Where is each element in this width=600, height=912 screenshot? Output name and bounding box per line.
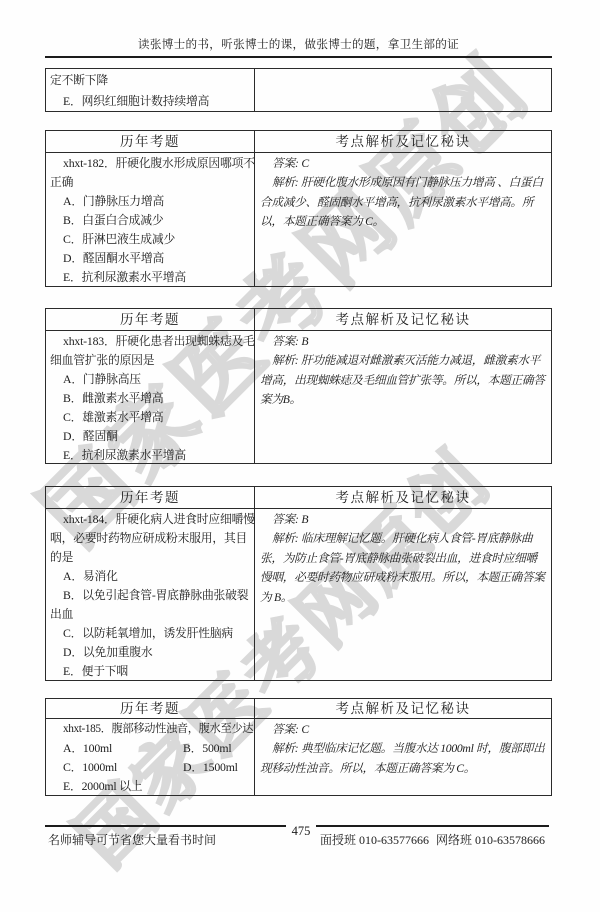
header-slogan: 读张博士的书，听张博士的课，做张博士的题，拿卫生部的证 (45, 36, 552, 52)
answer-line: 答案: B (260, 332, 546, 351)
option-row-ab: A．100mlB．500ml (50, 739, 254, 758)
column-header-question: 历年考题 (46, 487, 254, 509)
option-a: A．易消化 (50, 567, 254, 586)
column-header-analysis: 考点解析及记忆秘诀 (254, 309, 551, 331)
footer-phone-online: 网络班 010-63578666 (436, 831, 545, 848)
column-header-question: 历年考题 (46, 131, 254, 153)
option-e: E．抗利尿激素水平增高 (50, 268, 254, 286)
analysis-cell-184: 答案: B 解析: 临床理解记忆题。肝硬化病人食管-胃底静脉曲张，为防止食管-胃… (254, 509, 551, 680)
question-line: 正确 (50, 173, 254, 192)
option-c: C．以防耗氧增加，诱发肝性脑病 (50, 624, 254, 643)
question-cell-184: xhxt-184．肝硬化病人进食时应细嚼慢 咽，必要时药物应研成粉末服用，其目 … (46, 509, 254, 680)
option-b: B．白蛋白合成减少 (50, 211, 254, 230)
continuation-question-cell: 定不断下降 E．网织红细胞计数持续增高 (46, 69, 254, 111)
option-d: D．醛固酮水平增高 (50, 249, 254, 268)
column-header-question: 历年考题 (46, 309, 254, 331)
question-line: 的是 (50, 548, 254, 567)
analysis-text: 解析: 临床理解记忆题。肝硬化病人食管-胃底静脉曲张，为防止食管-胃底静脉曲张破… (260, 529, 546, 607)
footer-slogan: 名师辅导可节省您大量看书时间 (48, 831, 216, 848)
column-header-analysis: 考点解析及记忆秘诀 (254, 699, 551, 719)
option-b: B．500ml (183, 741, 231, 755)
option-b: B．雌激素水平增高 (50, 389, 254, 408)
question-line: 咽，必要时药物应研成粉末服用，其目 (50, 529, 254, 548)
question-cell-185: xhxt-185．腹部移动性浊音，腹水至少达 A．100mlB．500ml C．… (46, 719, 254, 795)
analysis-cell-182: 答案: C 解析: 肝硬化腹水形成原因有门静脉压力增高 、白蛋白合成减少、醛固酮… (254, 153, 551, 286)
question-table-184: 历年考题 考点解析及记忆秘诀 xhxt-184．肝硬化病人进食时应细嚼慢 咽，必… (45, 486, 552, 681)
question-line: xhxt-184．肝硬化病人进食时应细嚼慢 (50, 510, 254, 529)
content-layer: 读张博士的书，听张博士的课，做张博士的题，拿卫生部的证 定不断下降 E．网织红细… (0, 0, 600, 912)
option-c: C．肝淋巴液生成减少 (50, 230, 254, 249)
column-header-analysis: 考点解析及记忆秘诀 (254, 131, 551, 153)
option-a: A．门静脉压力增高 (50, 192, 254, 211)
column-header-analysis: 考点解析及记忆秘诀 (254, 487, 551, 509)
question-line: xhxt-183．肝硬化患者出现蜘蛛痣及毛 (50, 332, 254, 351)
analysis-text: 解析: 典型临床记忆题。当腹水达 1000ml 时，腹部即出现移动性浊音。所以，… (260, 739, 546, 778)
question-cell-182: xhxt-182．肝硬化腹水形成原因哪项不 正确 A．门静脉压力增高 B．白蛋白… (46, 153, 254, 286)
header-rule (45, 56, 552, 58)
analysis-text: 解析: 肝功能减退对雌激素灭活能力减退，雌激素水平增高，出现蜘蛛痣及毛细血管扩张… (260, 351, 546, 410)
continuation-analysis-cell-empty (254, 69, 551, 111)
answer-line: 答案: C (260, 720, 546, 739)
footer-rule-left (45, 825, 286, 827)
option-a: A．100ml (50, 739, 183, 758)
continuation-line: 定不断下降 (50, 70, 254, 91)
question-table-182: 历年考题 考点解析及记忆秘诀 xhxt-182．肝硬化腹水形成原因哪项不 正确 … (45, 130, 552, 287)
answer-line: 答案: B (260, 510, 546, 529)
analysis-cell-185: 答案: C 解析: 典型临床记忆题。当腹水达 1000ml 时，腹部即出现移动性… (254, 719, 551, 795)
question-table-185: 历年考题 考点解析及记忆秘诀 xhxt-185．腹部移动性浊音，腹水至少达 A．… (45, 698, 552, 796)
option-d: D．1500ml (183, 760, 238, 774)
continuation-table: 定不断下降 E．网织红细胞计数持续增高 (45, 68, 552, 112)
document-page: 国家医考网原创 国家医考网原创 读张博士的书，听张博士的课，做张博士的题，拿卫生… (0, 0, 600, 912)
continuation-option-e: E．网织红细胞计数持续增高 (50, 91, 254, 111)
answer-line: 答案: C (260, 154, 546, 173)
analysis-cell-183: 答案: B 解析: 肝功能减退对雌激素灭活能力减退，雌激素水平增高，出现蜘蛛痣及… (254, 331, 551, 463)
question-line: xhxt-182．肝硬化腹水形成原因哪项不 (50, 154, 254, 173)
option-e: E．便于下咽 (50, 662, 254, 680)
option-a: A．门静脉高压 (50, 370, 254, 389)
option-b-wrap: 出血 (50, 605, 254, 624)
footer-phone-onsite: 面授班 010-63577666 (320, 831, 429, 848)
option-e: E．2000ml 以上 (50, 777, 254, 795)
option-d: D．以免加重腹水 (50, 643, 254, 662)
question-table-183: 历年考题 考点解析及记忆秘诀 xhxt-183．肝硬化患者出现蜘蛛痣及毛 细血管… (45, 308, 552, 464)
option-c: C．雄激素水平增高 (50, 408, 254, 427)
footer-rule-right (316, 825, 549, 827)
option-e: E．抗利尿激素水平增高 (50, 446, 254, 463)
option-row-cd: C．1000mlD．1500ml (50, 758, 254, 777)
option-b: B．以免引起食管-胃底静脉曲张破裂 (50, 586, 254, 605)
question-cell-183: xhxt-183．肝硬化患者出现蜘蛛痣及毛 细血管扩张的原因是 A．门静脉高压 … (46, 331, 254, 463)
question-line: xhxt-185．腹部移动性浊音，腹水至少达 (50, 720, 254, 739)
option-d: D．醛固酮 (50, 427, 254, 446)
column-header-question: 历年考题 (46, 699, 254, 719)
option-c: C．1000ml (50, 758, 183, 777)
page-number: 475 (286, 824, 316, 839)
analysis-text: 解析: 肝硬化腹水形成原因有门静脉压力增高 、白蛋白合成减少、醛固酮水平增高，抗… (260, 173, 546, 232)
question-line: 细血管扩张的原因是 (50, 351, 254, 370)
